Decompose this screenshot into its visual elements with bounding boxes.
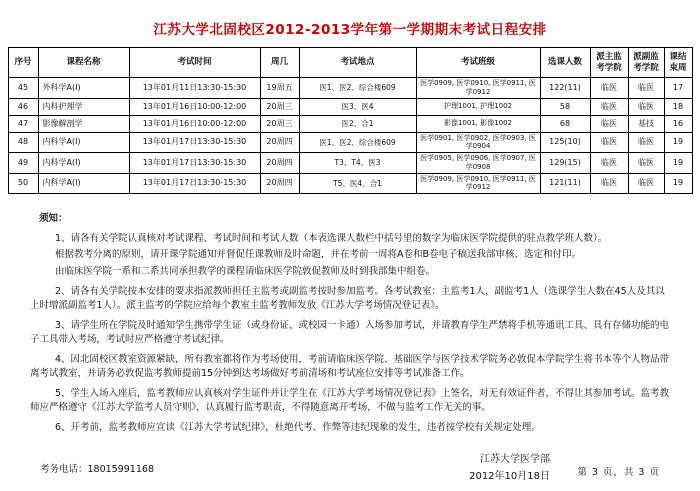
table-header-row: 序号 课程名称 考试时间 周几 考试地点 考试班级 选课人数 派主监考学院 派副… (8, 48, 692, 78)
table-row: 49 内科学A(I) 13年01月17日13:30-15:30 20周四 T3、… (8, 153, 692, 174)
notes-section: 须知： 1、请各有关学院认真核对考试课程、考试时间和考试人数（本表选课人数栏中括… (30, 212, 670, 435)
header-cell-weekday: 周几 (260, 48, 299, 78)
table-cell: 医学0901, 医学0902, 医学0903, 医学0904 (416, 132, 540, 153)
table-cell: 临医 (628, 173, 664, 194)
table-cell: 医3、医4 (299, 98, 416, 115)
notes-heading: 须知： (39, 212, 670, 226)
table-cell: 13年01月16日10:00-12:00 (129, 115, 260, 132)
table-cell: 68 (540, 115, 590, 132)
table-cell: 18 (664, 98, 692, 115)
table-cell: 内科学A(I) (38, 132, 129, 153)
footer-page-number: 第 3 页，共 3 页 (577, 464, 660, 478)
header-cell-seq: 序号 (8, 48, 38, 78)
table-cell: T3、T4、医3 (299, 153, 416, 174)
header-cell-course: 课程名称 (38, 48, 129, 78)
table-cell: 内科学A(I) (38, 173, 129, 194)
document-page: 江苏大学北固校区2012-2013学年第一学期期末考试日程安排 序号 课程名称 … (0, 0, 700, 491)
footer-exam-phone: 考务电话：18015991168 (40, 461, 154, 475)
table-cell: 45 (8, 78, 38, 99)
note-paragraph: 3、请学生所在学院及时通知学生携带学生证（或身份证、或校园一卡通）入场参加考试，… (30, 319, 670, 346)
table-cell: 医1、医2、综合楼609 (299, 132, 416, 153)
table-row: 45 外科学A(I) 13年01月11日13:30-15:30 19周五 医1、… (8, 78, 692, 99)
header-cell-end-week: 课结束周 (664, 48, 692, 78)
table-cell: 医1、医2、综合楼609 (299, 78, 416, 99)
table-cell: 外科学A(I) (38, 78, 129, 99)
table-cell: 临医 (590, 98, 628, 115)
table-cell: 48 (8, 132, 38, 153)
header-cell-place: 考试地点 (299, 48, 416, 78)
table-cell: 125(10) (540, 132, 590, 153)
table-cell: 影像1001, 影像1002 (416, 115, 540, 132)
table-cell: 46 (8, 98, 38, 115)
table-cell: 临医 (590, 132, 628, 153)
note-paragraph: 1、请各有关学院认真核对考试课程、考试时间和考试人数（本表选课人数栏中括号里的数… (30, 232, 670, 246)
table-cell: 临医 (590, 115, 628, 132)
header-cell-enrolled: 选课人数 (540, 48, 590, 78)
note-paragraph: 5、学生入场入座后，监考教师应认真核对学生证件并让学生在《江苏大学考场情况登记表… (30, 387, 670, 414)
table-cell: 20周三 (260, 115, 299, 132)
table-cell: 医学0909, 医学0910, 医学0911, 医学0912 (416, 173, 540, 194)
table-cell: 基技 (628, 115, 664, 132)
table-cell: 19周五 (260, 78, 299, 99)
table-row: 48 内科学A(I) 13年01月17日13:30-15:30 20周四 医1、… (8, 132, 692, 153)
table-cell: 医学0905, 医学0906, 医学0907, 医学0908 (416, 153, 540, 174)
note-paragraph: 由临床医学院一系和二系共同承担教学的课程请临床医学院敦促教师及时到我部集中组卷。 (30, 265, 670, 279)
table-row: 50 内科学A(I) 13年01月17日13:30-15:30 20周四 T5、… (8, 173, 692, 194)
note-paragraph: 根据教考分离的原则，请开课学院通知并督促任课教师及时命题，并在考前一周将A卷和B… (30, 248, 670, 262)
table-row: 47 影像解剖学 13年01月16日10:00-12:00 20周三 医2、合1… (8, 115, 692, 132)
table-row: 46 内科护理学 13年01月16日10:00-12:00 20周三 医3、医4… (8, 98, 692, 115)
note-paragraph: 6、开考前，监考教师应宣读《江苏大学考试纪律》，杜绝代考、作弊等违纪现象的发生，… (30, 421, 670, 435)
table-cell: 临医 (590, 173, 628, 194)
table-cell: 20周三 (260, 98, 299, 115)
table-cell: 17 (664, 78, 692, 99)
table-cell: 20周四 (260, 153, 299, 174)
table-cell: 121(11) (540, 173, 590, 194)
table-cell: 13年01月17日13:30-15:30 (129, 153, 260, 174)
table-cell: 13年01月16日10:00-12:00 (129, 98, 260, 115)
table-cell: 护理1001, 护理1002 (416, 98, 540, 115)
header-cell-chief-invigilator: 派主监考学院 (590, 48, 628, 78)
page-title: 江苏大学北固校区2012-2013学年第一学期期末考试日程安排 (0, 0, 700, 38)
table-cell: 临医 (628, 132, 664, 153)
table-cell: 影像解剖学 (38, 115, 129, 132)
table-cell: 122(11) (540, 78, 590, 99)
table-cell: 内科学A(I) (38, 153, 129, 174)
header-cell-deputy-invigilator: 派副监考学院 (628, 48, 664, 78)
table-cell: 临医 (628, 153, 664, 174)
table-cell: 13年01月17日13:30-15:30 (129, 132, 260, 153)
note-paragraph: 4、因北固校区教室资源紧缺，所有教室都将作为考场使用，考前请临床医学院、基础医学… (30, 353, 670, 380)
header-cell-classes: 考试班级 (416, 48, 540, 78)
table-cell: 19 (664, 132, 692, 153)
table-cell: 临医 (628, 98, 664, 115)
table-cell: 19 (664, 153, 692, 174)
table-cell: 19 (664, 173, 692, 194)
table-cell: 13年01月17日13:30-15:30 (129, 173, 260, 194)
table-cell: 医2、合1 (299, 115, 416, 132)
table-cell: 临医 (628, 78, 664, 99)
table-cell: 129(15) (540, 153, 590, 174)
exam-schedule-table: 序号 课程名称 考试时间 周几 考试地点 考试班级 选课人数 派主监考学院 派副… (8, 47, 693, 194)
note-paragraph: 2、请各有关学院按本安排的要求指派教师担任主监考或副监考按时参加监考。各考试教室… (30, 285, 670, 312)
table-cell: 58 (540, 98, 590, 115)
table-cell: 47 (8, 115, 38, 132)
table-cell: 16 (664, 115, 692, 132)
table-cell: 49 (8, 153, 38, 174)
header-cell-time: 考试时间 (129, 48, 260, 78)
table-cell: T5、医4、合1 (299, 173, 416, 194)
table-cell: 医学0909, 医学0910, 医学0911, 医学0912 (416, 78, 540, 99)
table-cell: 13年01月11日13:30-15:30 (129, 78, 260, 99)
table-cell: 50 (8, 173, 38, 194)
table-cell: 临医 (590, 153, 628, 174)
table-cell: 内科护理学 (38, 98, 129, 115)
table-cell: 20周四 (260, 173, 299, 194)
table-cell: 临医 (590, 78, 628, 99)
table-cell: 20周四 (260, 132, 299, 153)
